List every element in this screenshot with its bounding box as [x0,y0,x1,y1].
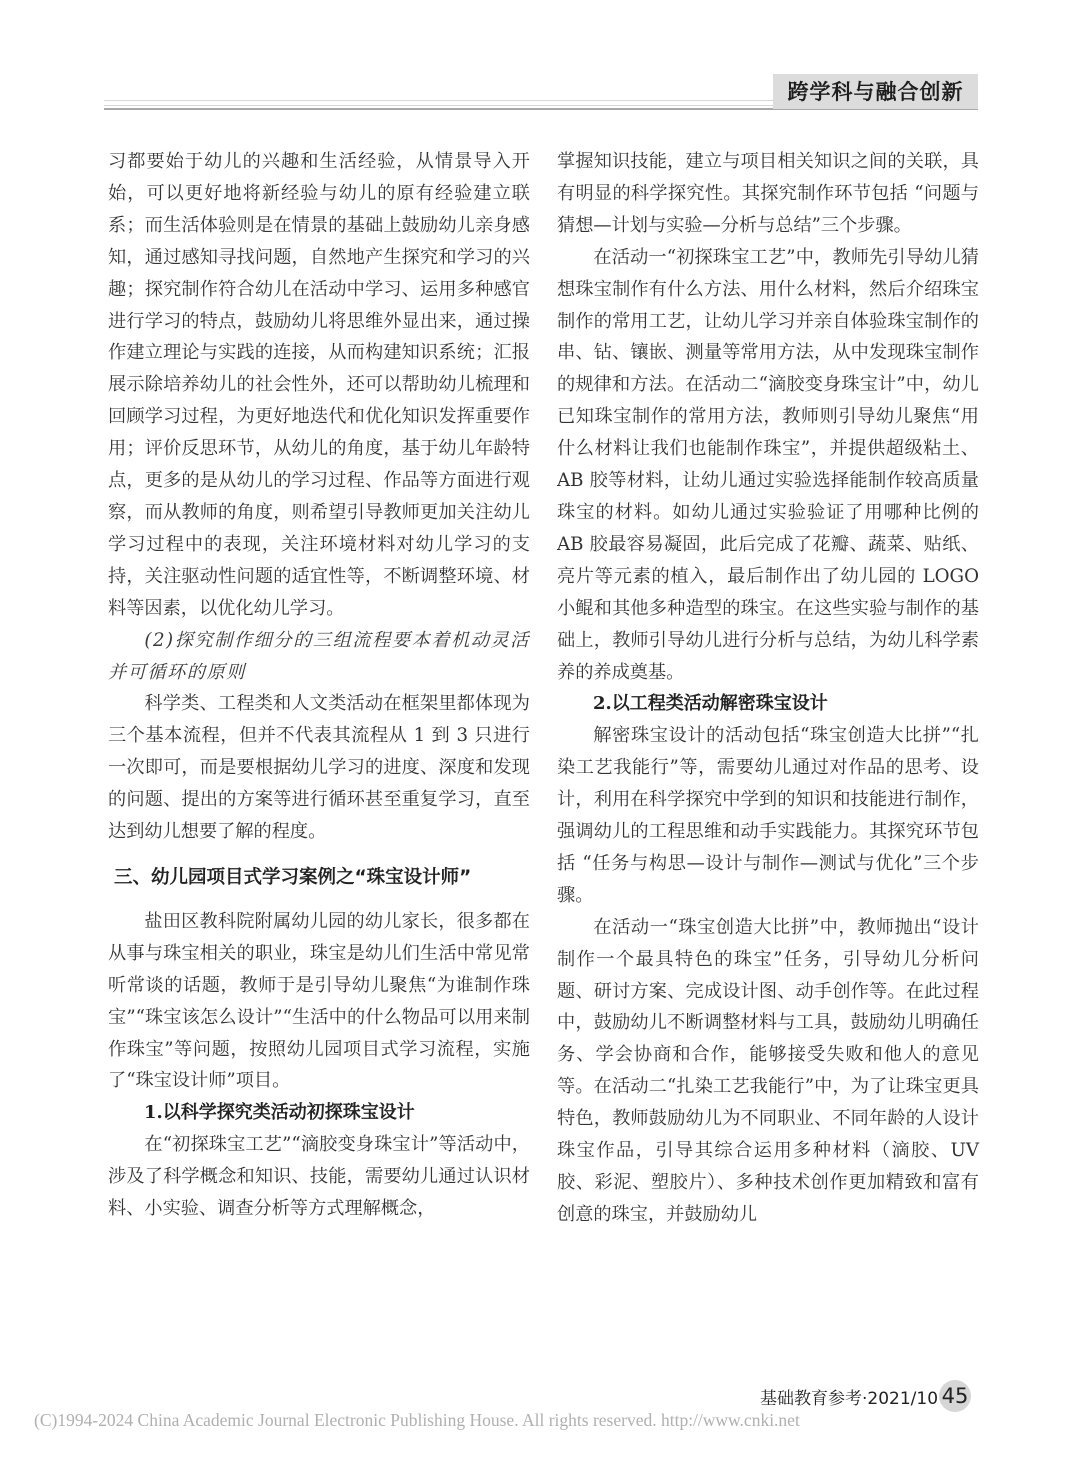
paragraph: 盐田区教科院附属幼儿园的幼儿家长，很多都在从事与珠宝相关的职业，珠宝是幼儿们生活… [108,906,530,1097]
page-footer: 基础教育参考·2021/10 45 [760,1379,971,1413]
page-number: 45 [939,1380,971,1412]
right-column: 掌握知识技能，建立与项目相关知识之间的关联，具有明显的科学探究性。其探究制作环节… [557,146,979,1231]
section-title: 跨学科与融合创新 [773,74,978,109]
left-column: 习都要始于幼儿的兴趣和生活经验，从情景导入开始，可以更好地将新经验与幼儿的原有经… [108,146,530,1225]
copyright-notice: (C)1994-2024 China Academic Journal Elec… [34,1410,800,1431]
subsection-heading-italic: (2)探究制作细分的三组流程要本着机动灵活并可循环的原则 [108,625,530,689]
subheading: 1.以科学探究类活动初探珠宝设计 [108,1097,530,1129]
paragraph: 在活动一“珠宝创造大比拼”中，教师抛出“设计制作一个最具特色的珠宝”任务，引导幼… [557,912,979,1231]
paragraph: 在活动一“初探珠宝工艺”中，教师先引导幼儿猜想珠宝制作有什么方法、用什么材料，然… [557,242,979,689]
paragraph: 科学类、工程类和人文类活动在框架里都体现为三个基本流程，但并不代表其流程从 1 … [108,688,530,848]
journal-info: 基础教育参考·2021/10 [760,1384,938,1409]
paragraph: 解密珠宝设计的活动包括“珠宝创造大比拼”“扎染工艺我能行”等，需要幼儿通过对作品… [557,720,979,911]
paragraph: 掌握知识技能，建立与项目相关知识之间的关联，具有明显的科学探究性。其探究制作环节… [557,146,979,242]
paragraph: 在“初探珠宝工艺”“滴胶变身珠宝计”等活动中，涉及了科学概念和知识、技能，需要幼… [108,1129,530,1225]
subheading: 2.以工程类活动解密珠宝设计 [557,688,979,720]
section-heading: 三、幼儿园项目式学习案例之“珠宝设计师” [114,862,530,894]
paragraph: 习都要始于幼儿的兴趣和生活经验，从情景导入开始，可以更好地将新经验与幼儿的原有经… [108,146,530,625]
